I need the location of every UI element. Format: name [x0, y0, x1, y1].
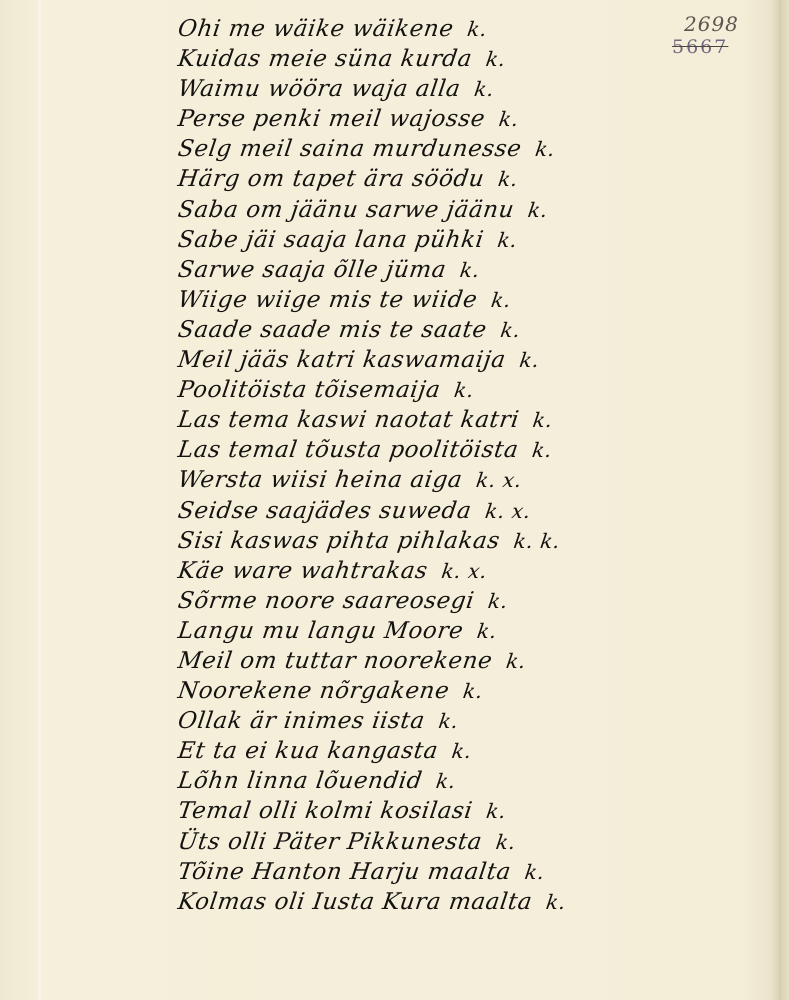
verse-text: Sarwe saaja õlle jüma [176, 257, 448, 283]
verse-line: Sarwe saaja õlle jümak. [176, 255, 760, 285]
refrain-mark: k. [458, 258, 481, 282]
verse-text: Meil jääs katri kaswamaija [176, 347, 507, 373]
paper-edge [779, 0, 781, 1000]
refrain-mark: k. [453, 378, 476, 402]
refrain-mark: k. [496, 228, 519, 252]
verse-line: Waimu wööra waja allak. [176, 74, 760, 104]
refrain-mark: k. x. [475, 468, 524, 492]
verse-line: Saade saade mis te saatek. [176, 315, 760, 345]
verse-text: Las tema kaswi naotat katri [176, 407, 521, 433]
verse-text: Sõrme noore saareosegi [176, 588, 476, 614]
verse-line: Lõhn linna lõuendidk. [176, 766, 760, 796]
refrain-mark: k. [487, 589, 510, 613]
verse-text: Kuidas meie süna kurda [176, 46, 474, 72]
refrain-mark: k. [526, 198, 549, 222]
verse-line: Kolmas oli Iusta Kura maaltak. [176, 887, 760, 917]
refrain-mark: k. [466, 17, 489, 41]
refrain-mark: k. [497, 167, 520, 191]
verse-text: Saade saade mis te saate [176, 317, 488, 343]
verse-text: Et ta ei kua kangasta [176, 738, 440, 764]
verse-line: Wiige wiige mis te wiidek. [176, 285, 760, 315]
verse-text: Saba om jäänu sarwe jäänu [176, 197, 516, 223]
refrain-mark: k. [434, 769, 457, 793]
verse-text: Lõhn linna lõuendid [176, 768, 424, 794]
verse-text: Meil om tuttar noorekene [176, 648, 494, 674]
refrain-mark: k. [499, 318, 522, 342]
verse-line: Las temal tõusta poolitöistak. [176, 435, 760, 465]
verse-text: Ollak är inimes iista [176, 708, 426, 734]
verse-line: Selg meil saina murdunessek. [176, 134, 760, 164]
verse-line: Meil om tuttar noorekenek. [176, 646, 760, 676]
verse-text: Noorekene nõrgakene [176, 678, 451, 704]
refrain-mark: k. [473, 77, 496, 101]
verse-text: Sisi kaswas pihta pihlakas [176, 528, 501, 554]
verse-line: Poolitöista tõisemaijak. [176, 375, 760, 405]
refrain-mark: k. [531, 438, 554, 462]
verse-line: Langu mu langu Moorek. [176, 616, 760, 646]
verse-text: Waimu wööra waja alla [176, 76, 462, 102]
verse-text: Langu mu langu Moore [176, 618, 465, 644]
refrain-mark: k. [497, 107, 520, 131]
refrain-mark: k. [534, 137, 557, 161]
verse-line: Perse penki meil wajossek. [176, 104, 760, 134]
verse-line: Käe ware wahtrakask. x. [176, 556, 760, 586]
verse-line: Ollak är inimes iistak. [176, 706, 760, 736]
refrain-mark: k. [484, 47, 507, 71]
verse-line: Kuidas meie süna kurdak. [176, 44, 760, 74]
verse-line: Temal olli kolmi kosilasik. [176, 796, 760, 826]
verse-line: Las tema kaswi naotat katrik. [176, 405, 760, 435]
verse-text: Poolitöista tõisemaija [176, 377, 442, 403]
refrain-mark: k. [545, 890, 568, 914]
refrain-mark: k. [494, 830, 517, 854]
refrain-mark: k. [505, 649, 528, 673]
manuscript-page: 2698 5667 Ohi me wäike wäikenek.Kuidas m… [0, 0, 789, 1000]
verse-line: Seidse saajädes suwedak. x. [176, 496, 760, 526]
verse-line: Saba om jäänu sarwe jäänuk. [176, 195, 760, 225]
verse-line: Noorekene nõrgakenek. [176, 676, 760, 706]
verse-text: Seidse saajädes suweda [176, 498, 473, 524]
verse-text: Sabe jäi saaja lana pühki [176, 227, 485, 253]
verse-lines: Ohi me wäike wäikenek.Kuidas meie süna k… [176, 14, 756, 917]
verse-text: Käe ware wahtrakas [176, 558, 429, 584]
verse-text: Wiige wiige mis te wiide [176, 287, 479, 313]
refrain-mark: k. x. [484, 499, 533, 523]
verse-text: Härg om tapet ära söödu [176, 166, 486, 192]
refrain-mark: k. x. [440, 559, 489, 583]
verse-text: Ohi me wäike wäikene [176, 16, 455, 42]
verse-text: Las temal tõusta poolitöista [176, 437, 520, 463]
verse-line: Meil jääs katri kaswamaijak. [176, 345, 760, 375]
refrain-mark: k. [531, 408, 554, 432]
verse-text: Selg meil saina murdunesse [176, 136, 523, 162]
verse-line: Härg om tapet ära sööduk. [176, 164, 760, 194]
verse-text: Wersta wiisi heina aiga [176, 467, 464, 493]
verse-line: Et ta ei kua kangastak. [176, 736, 760, 766]
verse-text: Temal olli kolmi kosilasi [176, 798, 474, 824]
verse-text: Kolmas oli Iusta Kura maalta [176, 889, 534, 915]
paper-fold-line [38, 0, 41, 1000]
refrain-mark: k. [523, 860, 546, 884]
verse-text: Perse penki meil wajosse [176, 106, 487, 132]
verse-text: Tõine Hanton Harju maalta [176, 859, 513, 885]
refrain-mark: k. [485, 799, 508, 823]
refrain-mark: k. [462, 679, 485, 703]
refrain-mark: k. [437, 709, 460, 733]
verse-text: Üts olli Päter Pikkunesta [176, 829, 484, 855]
refrain-mark: k. [450, 739, 473, 763]
verse-line: Tõine Hanton Harju maaltak. [176, 857, 760, 887]
refrain-mark: k. [490, 288, 513, 312]
verse-line: Sabe jäi saaja lana pühkik. [176, 225, 760, 255]
refrain-mark: k. [518, 348, 541, 372]
verse-line: Ohi me wäike wäikenek. [176, 14, 760, 44]
refrain-mark: k. k. [512, 529, 562, 553]
verse-line: Sisi kaswas pihta pihlakask. k. [176, 526, 760, 556]
verse-line: Sõrme noore saareosegik. [176, 586, 760, 616]
verse-line: Wersta wiisi heina aigak. x. [176, 465, 760, 495]
verse-line: Üts olli Päter Pikkunestak. [176, 827, 760, 857]
refrain-mark: k. [476, 619, 499, 643]
